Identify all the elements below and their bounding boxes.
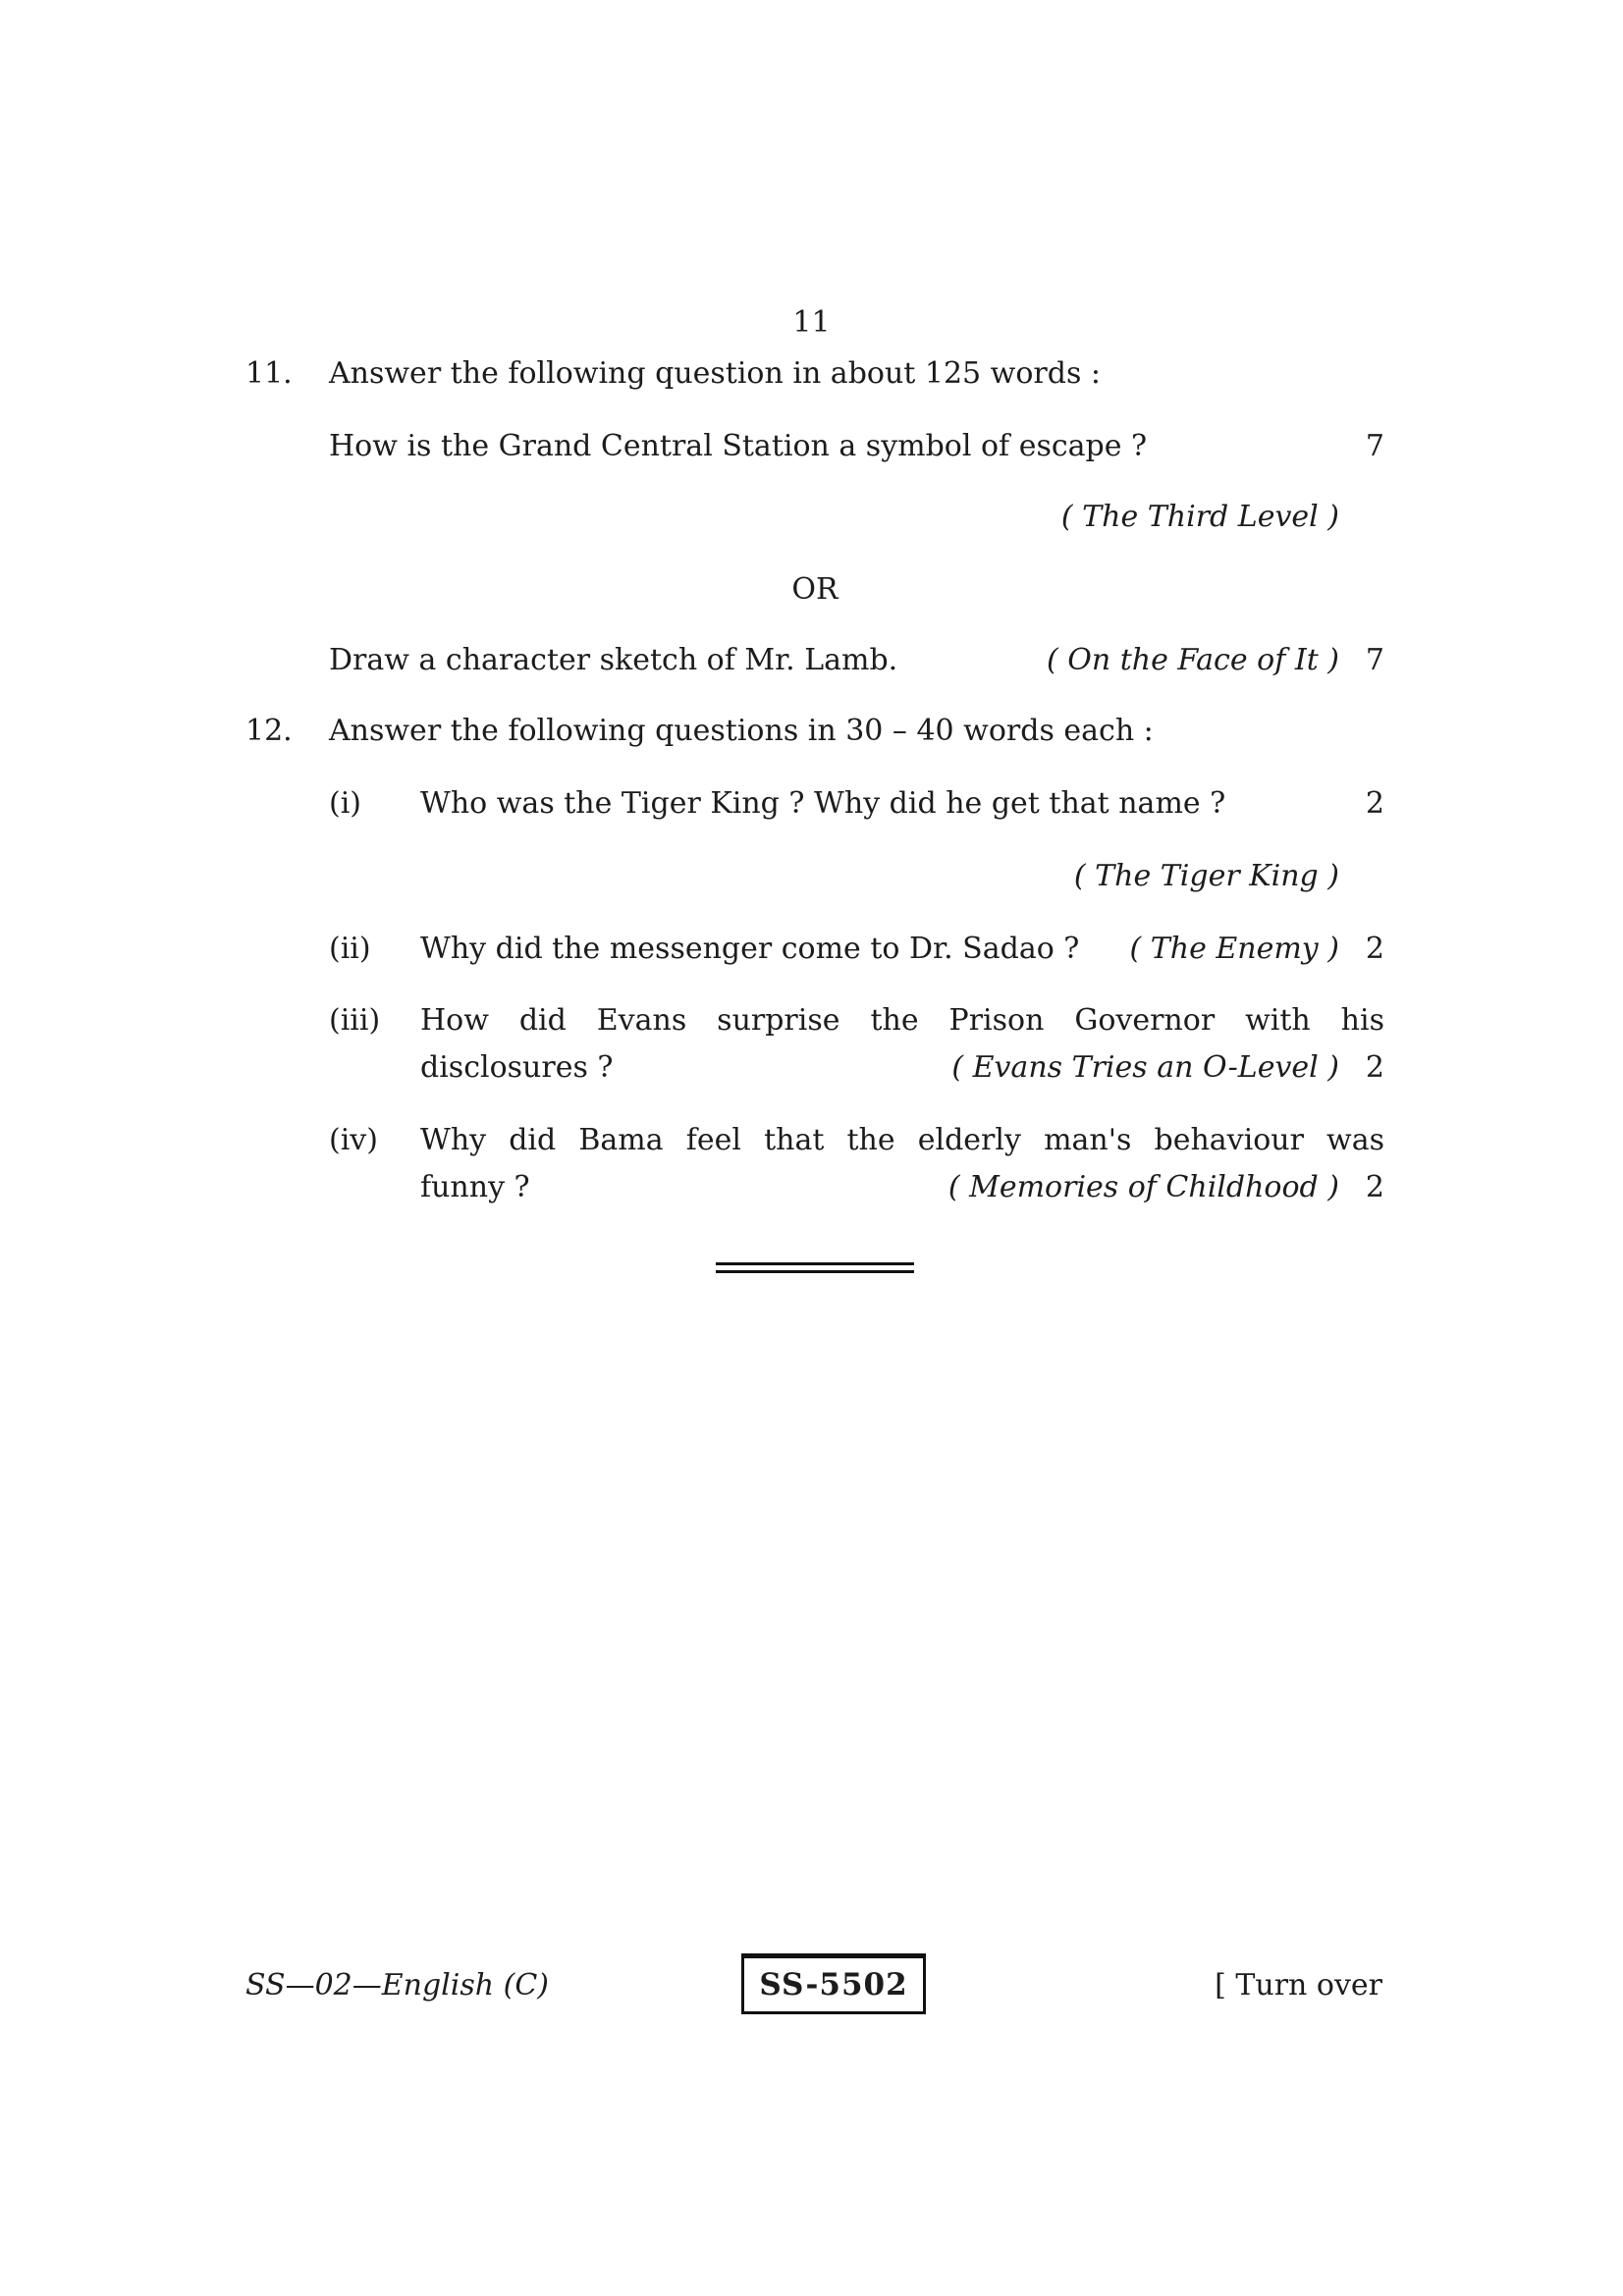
item-iv-text-line1: Why did Bama feel that the elderly man's… xyxy=(420,1122,1384,1159)
question-11-intro-row: 11. Answer the following question in abo… xyxy=(245,355,1384,393)
question-12-item-iii-row1: (iii) How did Evans surprise the Prison … xyxy=(329,1002,1384,1040)
item-iii-label: (iii) xyxy=(329,1002,420,1040)
question-12-item-ii-row: (ii) Why did the messenger come to Dr. S… xyxy=(329,931,1384,968)
item-iii-text-line1: How did Evans surprise the Prison Govern… xyxy=(420,1002,1384,1040)
question-12-number: 12. xyxy=(245,713,329,750)
question-12-intro: Answer the following questions in 30 – 4… xyxy=(329,713,1154,750)
item-i-label: (i) xyxy=(329,785,420,823)
question-11-text: How is the Grand Central Station a symbo… xyxy=(329,428,1147,465)
item-iv-marks: 2 xyxy=(1339,1169,1384,1206)
item-iii-text-line2: disclosures ? xyxy=(420,1049,613,1087)
question-12-item-iii-row2: disclosures ? ( Evans Tries an O-Level )… xyxy=(329,1049,1384,1087)
footer-paper-code: SS—02—English (C) xyxy=(245,1967,549,2004)
exam-page: 11 11. Answer the following question in … xyxy=(0,0,1623,2296)
question-11-marks: 7 xyxy=(1339,428,1384,465)
question-12-item-i-row: (i) Who was the Tiger King ? Why did he … xyxy=(329,785,1384,823)
or-separator: OR xyxy=(245,571,1384,609)
item-iii-marks: 2 xyxy=(1339,1049,1384,1087)
item-iii-source: ( Evans Tries an O-Level ) xyxy=(951,1049,1339,1087)
question-12-item-iv-row2: funny ? ( Memories of Childhood ) 2 xyxy=(329,1169,1384,1206)
item-i-text: Who was the Tiger King ? Why did he get … xyxy=(420,785,1225,823)
question-11-number: 11. xyxy=(245,355,329,393)
item-iv-text-line2: funny ? xyxy=(420,1169,530,1206)
item-i-source: ( The Tiger King ) xyxy=(329,858,1384,895)
footer-series-code: SS-5502 xyxy=(759,1966,907,2004)
question-12-item-iv-row1: (iv) Why did Bama feel that the elderly … xyxy=(329,1122,1384,1159)
item-ii-text: Why did the messenger come to Dr. Sadao … xyxy=(420,931,1079,968)
item-iv-source: ( Memories of Childhood ) xyxy=(948,1169,1339,1206)
item-iv-label: (iv) xyxy=(329,1122,420,1159)
item-ii-label: (ii) xyxy=(329,931,420,968)
question-12-intro-row: 12. Answer the following questions in 30… xyxy=(245,713,1384,750)
item-ii-marks: 2 xyxy=(1339,931,1384,968)
question-11-source: ( The Third Level ) xyxy=(329,499,1384,536)
question-11-alt-row: Draw a character sketch of Mr. Lamb. ( O… xyxy=(329,642,1384,679)
question-11-main-row: How is the Grand Central Station a symbo… xyxy=(329,428,1384,465)
question-11-alt-text: Draw a character sketch of Mr. Lamb. xyxy=(329,642,897,679)
item-i-marks: 2 xyxy=(1339,785,1384,823)
question-11-alt-source: ( On the Face of It ) xyxy=(1047,642,1339,679)
question-11-alt-marks: 7 xyxy=(1339,642,1384,679)
question-11-intro: Answer the following question in about 1… xyxy=(329,355,1101,393)
end-rule xyxy=(716,1262,914,1273)
footer-turn-over: [ Turn over xyxy=(1215,1967,1382,2004)
footer-series-code-box: SS-5502 xyxy=(741,1953,926,2014)
page-number: 11 xyxy=(0,304,1623,342)
item-ii-source: ( The Enemy ) xyxy=(1130,931,1339,968)
